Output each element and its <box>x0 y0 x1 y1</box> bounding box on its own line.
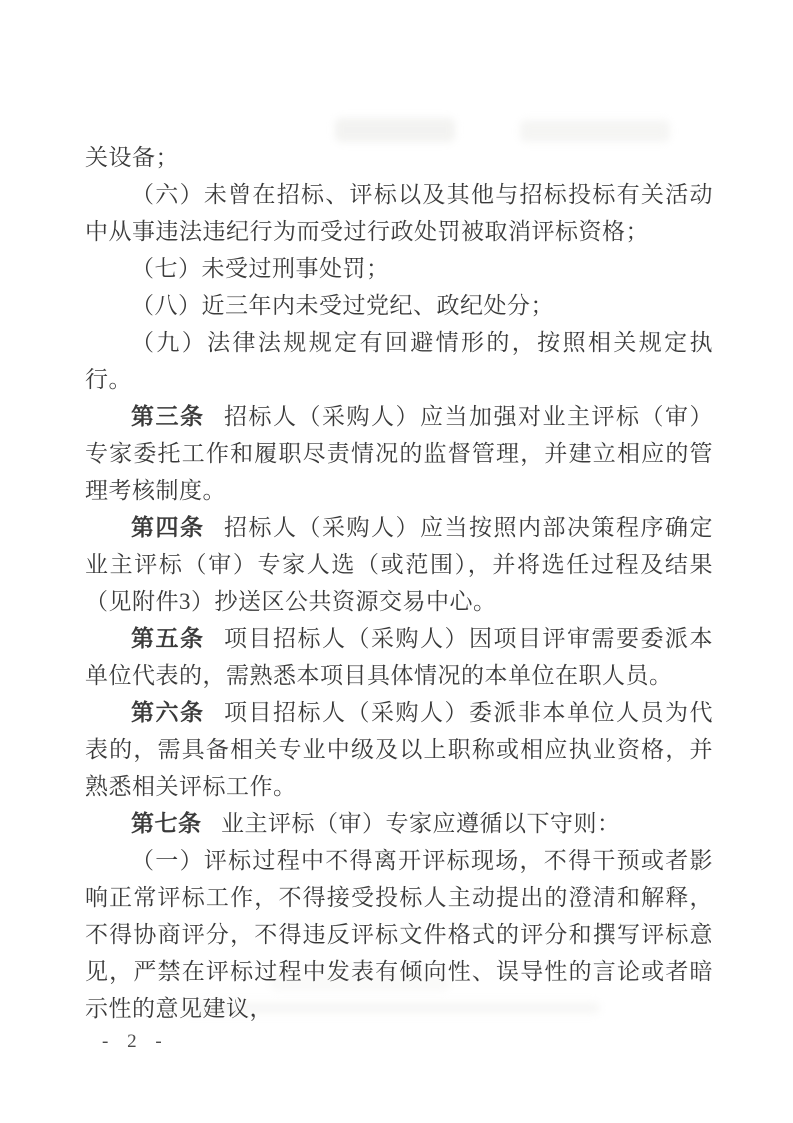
paragraph-text: 关设备； <box>85 145 179 170</box>
paragraph: 第五条项目招标人（采购人）因项目评审需要委派本单位代表的，需熟悉本项目具体情况的… <box>85 620 713 694</box>
article-label: 第四条 <box>131 515 205 540</box>
article-label: 第五条 <box>131 626 205 651</box>
paragraph: 第三条招标人（采购人）应当加强对业主评标（审）专家委托工作和履职尽责情况的监督管… <box>85 398 713 509</box>
paragraph-text: 业主评标（审）专家应遵循以下守则： <box>221 811 621 836</box>
article-label: 第七条 <box>131 811 202 836</box>
article-label: 第六条 <box>131 700 205 725</box>
paragraph-text: （一）评标过程中不得离开评标现场，不得干预或者影响正常评标工作，不得接受投标人主… <box>85 848 713 1021</box>
paragraph: 第七条业主评标（审）专家应遵循以下守则： <box>85 805 713 842</box>
paragraph: （八）近三年内未受过党纪、政纪处分； <box>85 287 713 324</box>
page-number: - 2 - <box>102 1031 169 1053</box>
paragraph: 第六条项目招标人（采购人）委派非本单位人员为代表的，需具备相关专业中级及以上职称… <box>85 694 713 805</box>
paragraph-text: （八）近三年内未受过党纪、政纪处分； <box>131 293 554 318</box>
article-label: 第三条 <box>131 404 205 429</box>
paragraph-text: （六）未曾在招标、评标以及其他与招标投标有关活动中从事违法违纪行为而受过行政处罚… <box>85 182 713 244</box>
paragraph: （九）法律法规规定有回避情形的，按照相关规定执行。 <box>85 324 713 398</box>
paragraph: 第四条招标人（采购人）应当按照内部决策程序确定业主评标（审）专家人选（或范围），… <box>85 509 713 620</box>
paragraph-text: （七）未受过刑事处罚； <box>131 256 390 281</box>
paragraph: （六）未曾在招标、评标以及其他与招标投标有关活动中从事违法违纪行为而受过行政处罚… <box>85 176 713 250</box>
paragraph: （七）未受过刑事处罚； <box>85 250 713 287</box>
paragraph-text: （九）法律法规规定有回避情形的，按照相关规定执行。 <box>85 330 713 392</box>
paragraph: （一）评标过程中不得离开评标现场，不得干预或者影响正常评标工作，不得接受投标人主… <box>85 842 713 1027</box>
paragraph: 关设备； <box>85 139 713 176</box>
document-content: 关设备； （六）未曾在招标、评标以及其他与招标投标有关活动中从事违法违纪行为而受… <box>85 139 713 1027</box>
document-page: 关设备； （六）未曾在招标、评标以及其他与招标投标有关活动中从事违法违纪行为而受… <box>0 0 793 1123</box>
